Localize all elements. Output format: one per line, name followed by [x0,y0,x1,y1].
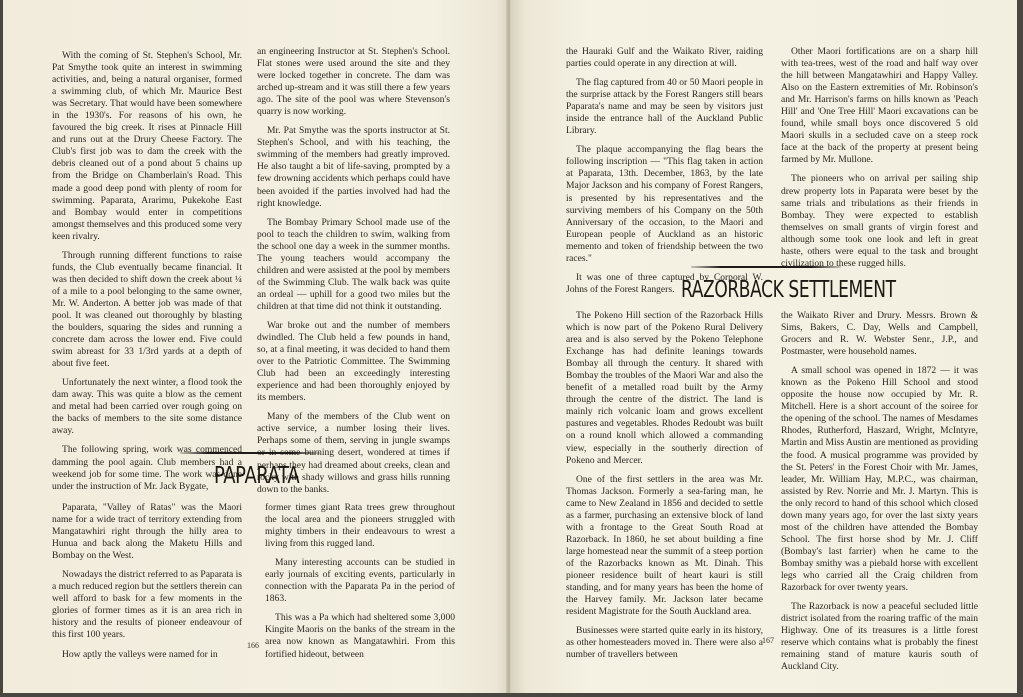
paragraph: The Bombay Primary School made use of th… [257,217,450,313]
paragraph: The Razorback is now a peaceful secluded… [781,601,978,673]
paragraph: Other Maori fortifications are on a shar… [781,46,978,166]
paragraph: One of the first settlers in the area wa… [566,474,763,619]
page-number: 166 [247,641,259,650]
paragraph: Through running different functions to r… [52,250,242,370]
paragraph: Many interesting accounts can be studied… [265,557,455,605]
section-heading-paparata: PAPARATA [214,463,299,489]
right-col-1: the Hauraki Gulf and the Waikato River, … [566,46,763,303]
paragraph: This was a Pa which had sheltered some 3… [265,612,455,660]
paragraph: The Pokeno Hill section of the Razorback… [566,310,763,467]
paragraph: former times giant Rata trees grew throu… [265,502,455,550]
right-page: the Hauraki Gulf and the Waikato River, … [511,0,1017,693]
paragraph: War broke out and the number of members … [257,320,450,404]
paragraph: Paparata, "Valley of Ratas" was the Maor… [52,502,242,562]
paragraph: Unfortunately the next winter, a flood t… [52,377,242,437]
section-divider [180,452,320,454]
page-number: 167 [762,636,774,645]
paparata-col-2: former times giant Rata trees grew throu… [265,502,455,668]
razorback-col-1: The Pokeno Hill section of the Razorback… [566,310,763,668]
left-col-2: an engineering Instructor at St. Stephen… [257,46,450,503]
paragraph: With the coming of St. Stephen's School,… [52,50,242,243]
paragraph: The pioneers who on arrival per sailing … [781,173,978,269]
paragraph: Businesses were started quite early in i… [566,625,763,661]
paragraph: an engineering Instructor at St. Stephen… [257,46,450,118]
paragraph: the Hauraki Gulf and the Waikato River, … [566,46,763,70]
paragraph: The plaque accompanying the flag bears t… [566,144,763,264]
paragraph: How aptly the valleys were named for in [52,649,242,661]
razorback-col-2: the Waikato River and Drury. Messrs. Bro… [781,310,978,680]
paragraph: the Waikato River and Drury. Messrs. Bro… [781,310,978,358]
paragraph: Mr. Pat Smythe was the sports instructor… [257,125,450,209]
right-col-2: Other Maori fortifications are on a shar… [781,46,978,277]
paragraph: Nowadays the district referred to as Pap… [52,569,242,641]
section-divider [691,266,841,268]
section-heading-razorback-settlement: RAZORBACK SETTLEMENT [681,277,896,303]
paragraph: The flag captured from 40 or 50 Maori pe… [566,77,763,137]
left-col-1: With the coming of St. Stephen's School,… [52,50,242,500]
paparata-col-1: Paparata, "Valley of Ratas" was the Maor… [52,502,242,661]
left-page: With the coming of St. Stephen's School,… [3,0,511,693]
paragraph: A small school was opened in 1872 — it w… [781,365,978,594]
